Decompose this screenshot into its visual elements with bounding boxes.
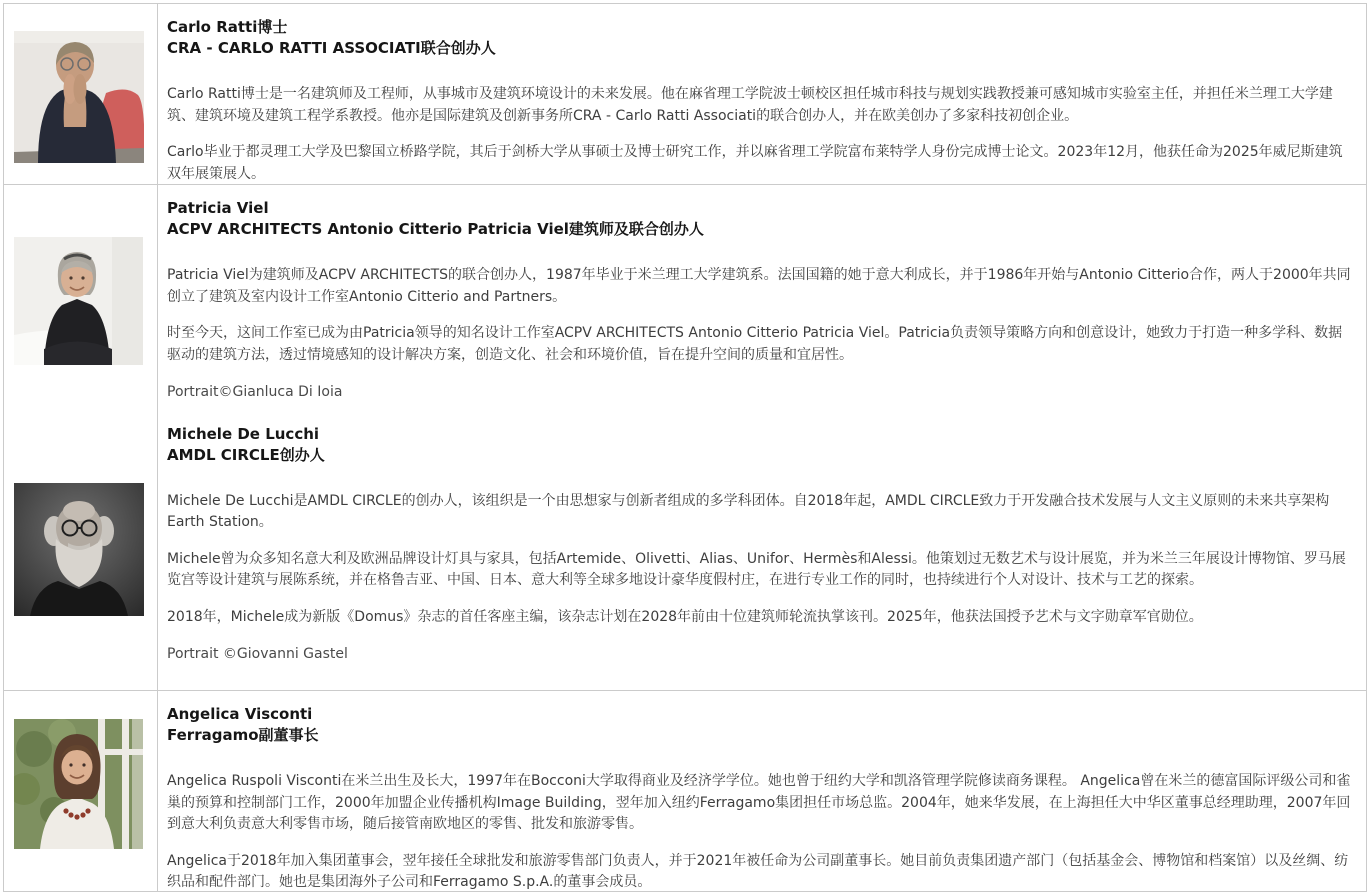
profile-name: Patricia Viel [167, 198, 1352, 219]
carlo-ratti-portrait [14, 31, 144, 163]
profile-paragraph: Angelica于2018年加入集团董事会，翌年接任全球批发和旅游零售部门负责人… [167, 851, 1352, 892]
bio-patricia-viel: Patricia Viel ACPV ARCHITECTS Antonio Ci… [167, 198, 1352, 404]
bio-michele-de-lucchi: Michele De Lucchi AMDL CIRCLE创办人 Michele… [167, 424, 1352, 666]
profile-name: Carlo Ratti博士 [167, 17, 1352, 38]
profile-paragraph: Patricia Viel为建筑师及ACPV ARCHITECTS的联合创办人，… [167, 265, 1352, 308]
profile-paragraph: 2018年，Michele成为新版《Domus》杂志的首任客座主编，该杂志计划在… [167, 607, 1352, 629]
profile-row-angelica-visconti: Angelica Visconti Ferragamo副董事长 Angelica… [4, 691, 1366, 891]
profile-name: Michele De Lucchi [167, 424, 1352, 445]
speaker-profiles-table: Carlo Ratti博士 CRA - CARLO RATTI ASSOCIAT… [3, 3, 1367, 892]
angelica-visconti-portrait [14, 719, 143, 849]
profile-name: Angelica Visconti [167, 704, 1352, 725]
profile-title: CRA - CARLO RATTI ASSOCIATI联合创办人 [167, 38, 1352, 59]
profile-paragraph: Angelica Ruspoli Visconti在米兰出生及长大，1997年在… [167, 771, 1352, 836]
bio-angelica-visconti: Angelica Visconti Ferragamo副董事长 Angelica… [167, 704, 1352, 891]
patricia-viel-portrait [14, 237, 143, 365]
bio-text-column: Angelica Visconti Ferragamo副董事长 Angelica… [164, 691, 1366, 891]
photo-credit: Portrait ©Giovanni Gastel [167, 644, 1352, 666]
profile-paragraph: Carlo毕业于都灵理工大学及巴黎国立桥路学院，其后于剑桥大学从事硕士及博士研究… [167, 142, 1352, 185]
profile-row-carlo-ratti: Carlo Ratti博士 CRA - CARLO RATTI ASSOCIAT… [4, 4, 1366, 185]
bio-text-column: Carlo Ratti博士 CRA - CARLO RATTI ASSOCIAT… [164, 4, 1366, 185]
profile-row-viel-delucchi: Patricia Viel ACPV ARCHITECTS Antonio Ci… [4, 185, 1366, 691]
photo-credit: Portrait©Gianluca Di Ioia [167, 382, 1352, 404]
bio-carlo-ratti: Carlo Ratti博士 CRA - CARLO RATTI ASSOCIAT… [167, 17, 1352, 185]
profile-paragraph: Carlo Ratti博士是一名建筑师及工程师，从事城市及建筑环境设计的未来发展… [167, 84, 1352, 127]
profile-paragraph: 时至今天，这间工作室已成为由Patricia领导的知名设计工作室ACPV ARC… [167, 323, 1352, 366]
michele-de-lucchi-portrait [14, 483, 144, 616]
profile-paragraph: Michele曾为众多知名意大利及欧洲品牌设计灯具与家具，包括Artemide、… [167, 549, 1352, 592]
bio-text-column: Patricia Viel ACPV ARCHITECTS Antonio Ci… [164, 185, 1366, 666]
column-divider [157, 4, 158, 184]
profile-title: AMDL CIRCLE创办人 [167, 445, 1352, 466]
column-divider [157, 691, 158, 891]
column-divider [157, 185, 158, 690]
profile-paragraph: Michele De Lucchi是AMDL CIRCLE的创办人，该组织是一个… [167, 491, 1352, 534]
profile-title: Ferragamo副董事长 [167, 725, 1352, 746]
profile-title: ACPV ARCHITECTS Antonio Citterio Patrici… [167, 219, 1352, 240]
